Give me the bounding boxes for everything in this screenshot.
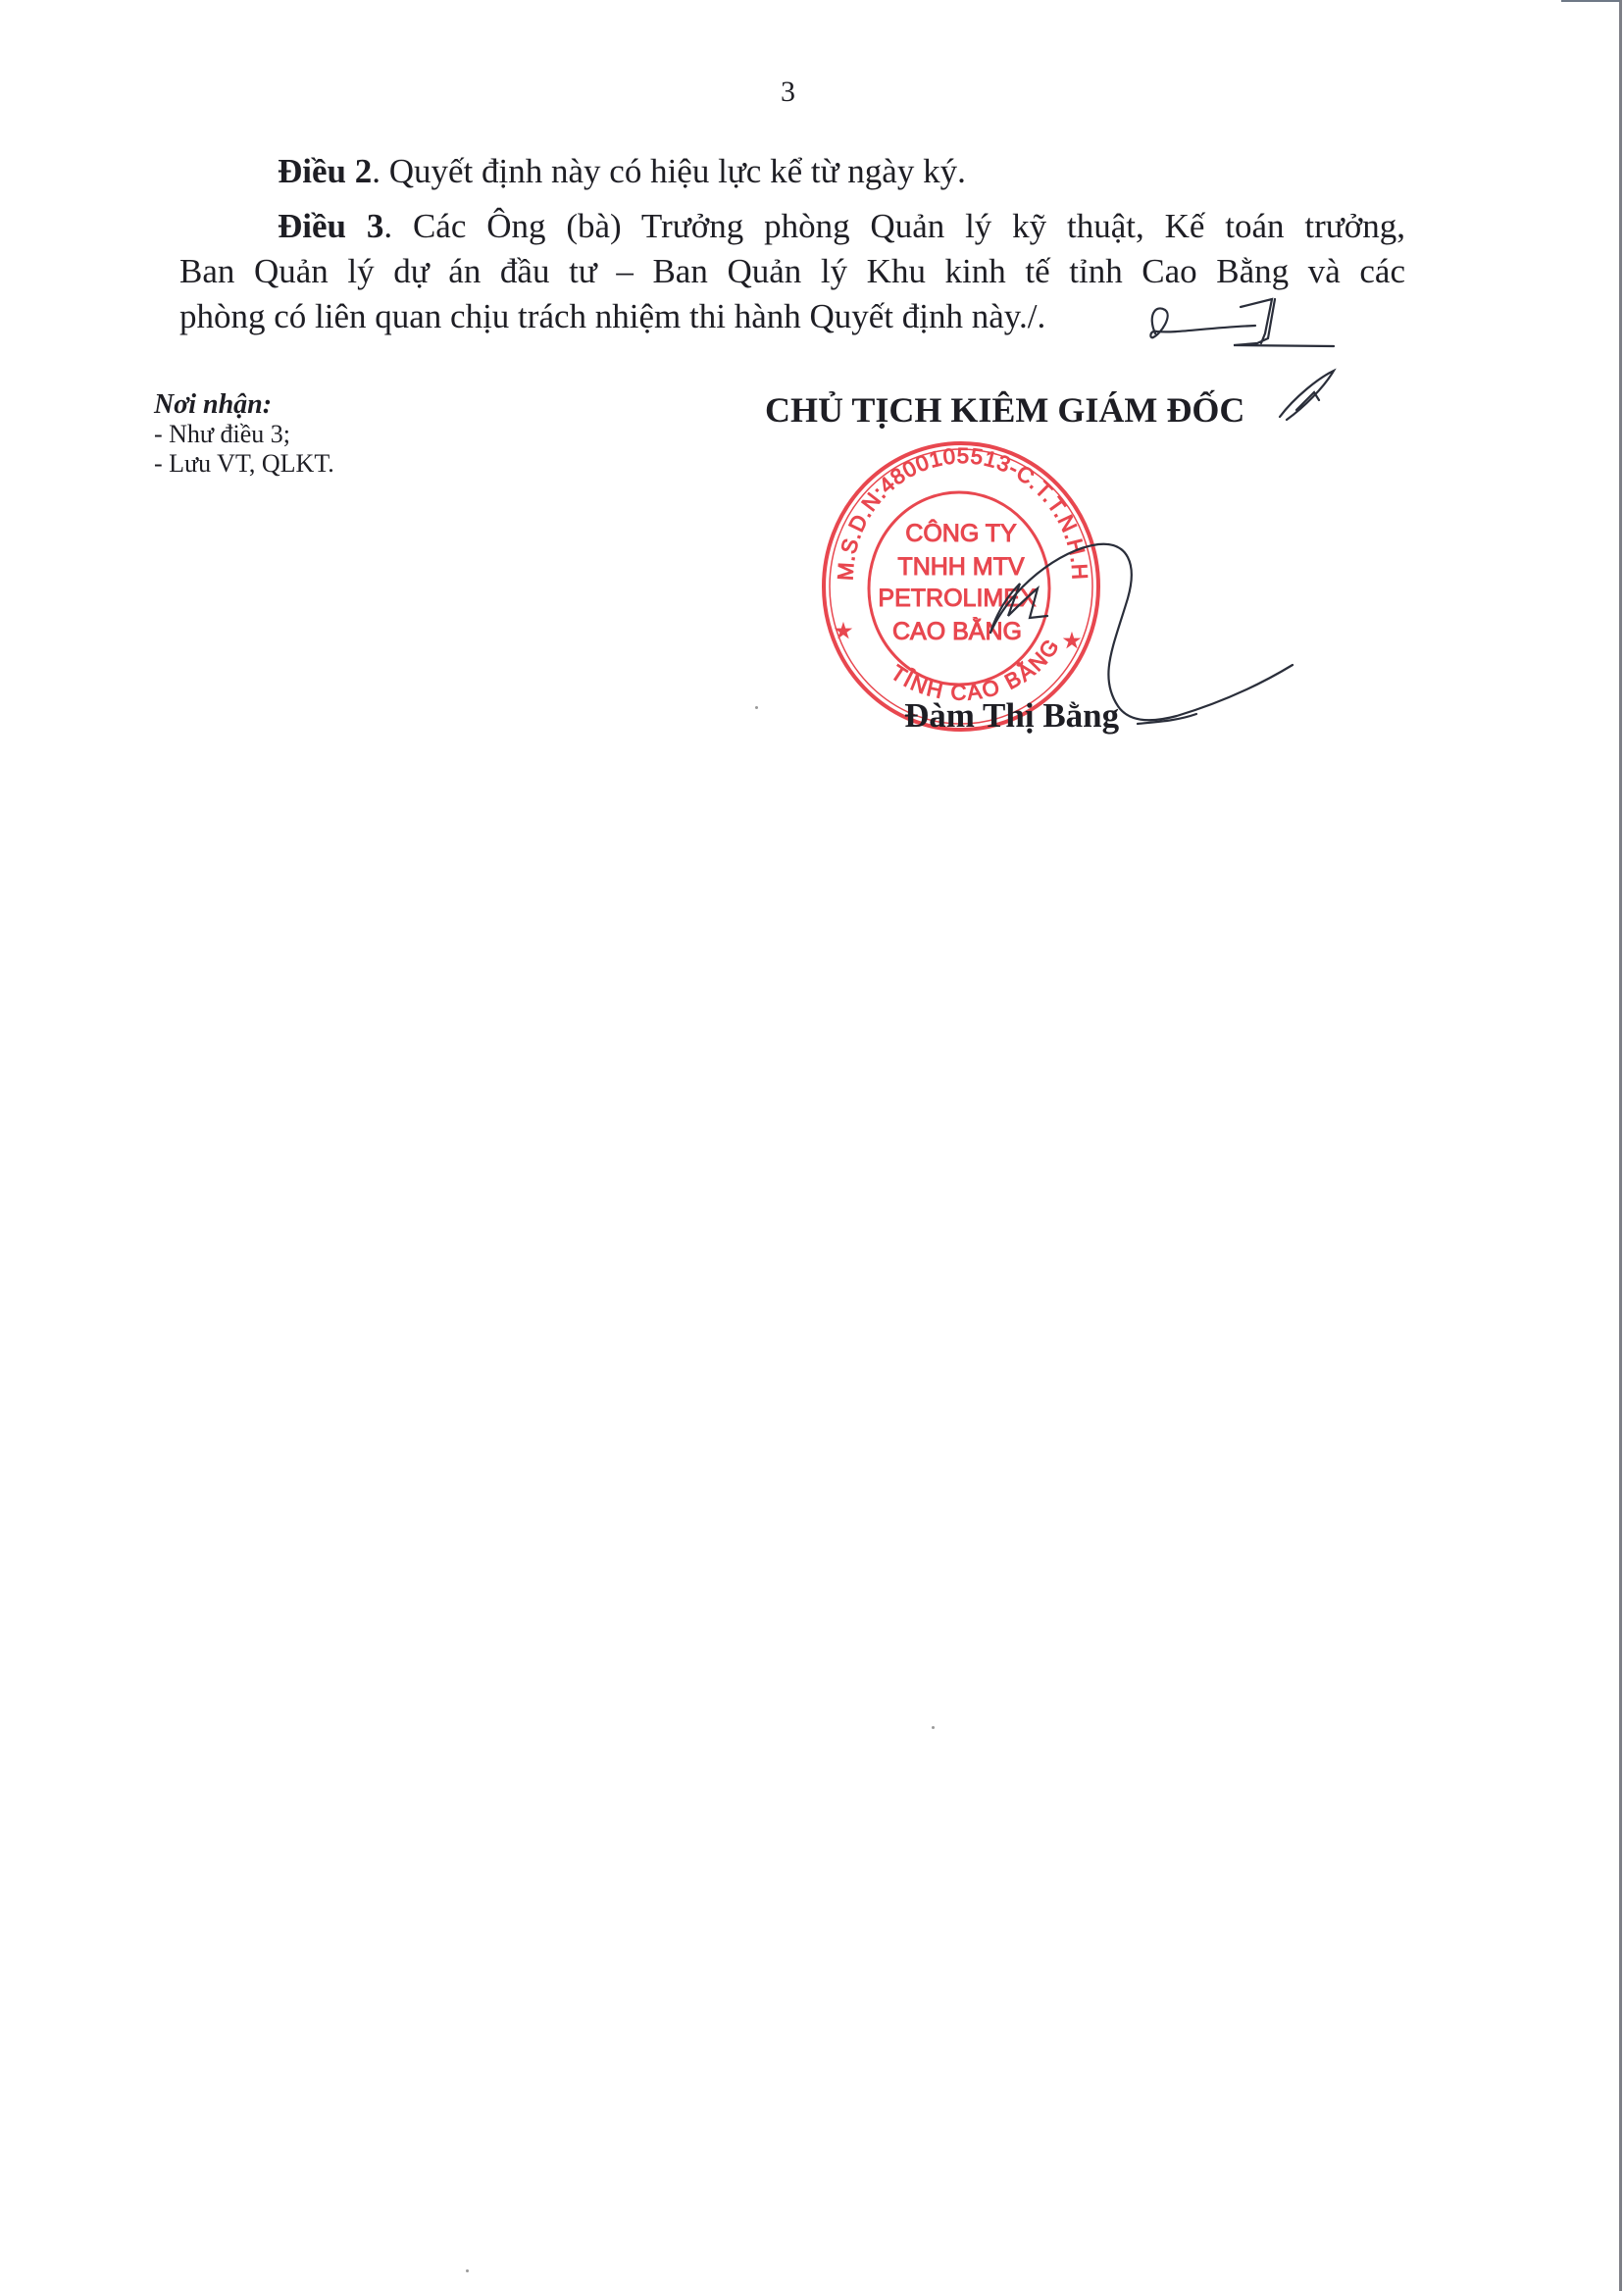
- scan-speck: [466, 2269, 469, 2272]
- article-3-line-3: phòng có liên quan chịu trách nhiệm thi …: [179, 294, 1405, 339]
- signer-name: Đàm Thị Bằng: [904, 694, 1119, 738]
- article-2-text: . Quyết định này có hiệu lực kể từ ngày …: [372, 152, 966, 190]
- recipient-item: - Như điều 3;: [154, 420, 334, 449]
- signature-position-title: CHỦ TỊCH KIÊM GIÁM ĐỐC: [765, 388, 1244, 432]
- page-edge: [1619, 0, 1622, 2291]
- scan-speck: [932, 1726, 935, 1729]
- article-3-line-1: Điều 3. Các Ông (bà) Trưởng phòng Quản l…: [179, 204, 1405, 249]
- article-3: Điều 3. Các Ông (bà) Trưởng phòng Quản l…: [179, 204, 1405, 339]
- page-edge-top: [1561, 0, 1620, 2]
- article-2-label: Điều 2: [278, 152, 372, 190]
- svg-text:TNHH MTV: TNHH MTV: [897, 553, 1024, 581]
- recipients-title: Nơi nhận:: [154, 390, 334, 420]
- svg-text:CAO BẰNG: CAO BẰNG: [892, 617, 1022, 645]
- recipients-block: Nơi nhận: - Như điều 3; - Lưu VT, QLKT.: [154, 390, 334, 479]
- svg-text:★: ★: [1063, 631, 1081, 652]
- recipient-item: - Lưu VT, QLKT.: [154, 449, 334, 479]
- handwritten-signature: [990, 299, 1334, 724]
- stamp-and-signatures: M.S.D.N:4800105513-C.T.T.N.H.H TỈNH CAO …: [0, 0, 1624, 2291]
- article-3-label: Điều 3: [278, 207, 383, 245]
- page-number: 3: [781, 75, 795, 110]
- svg-text:PETROLIMEX: PETROLIMEX: [878, 585, 1036, 612]
- svg-text:★: ★: [835, 621, 852, 642]
- svg-text:M.S.D.N:4800105513-C.T.T.N.H.H: M.S.D.N:4800105513-C.T.T.N.H.H: [833, 443, 1092, 581]
- scan-speck: [755, 706, 758, 709]
- company-seal-stamp: M.S.D.N:4800105513-C.T.T.N.H.H TỈNH CAO …: [824, 443, 1098, 730]
- article-2: Điều 2. Quyết định này có hiệu lực kể từ…: [179, 149, 1405, 194]
- svg-text:CÔNG TY: CÔNG TY: [905, 519, 1017, 547]
- article-3-line-2: Ban Quản lý dự án đầu tư – Ban Quản lý K…: [179, 249, 1405, 294]
